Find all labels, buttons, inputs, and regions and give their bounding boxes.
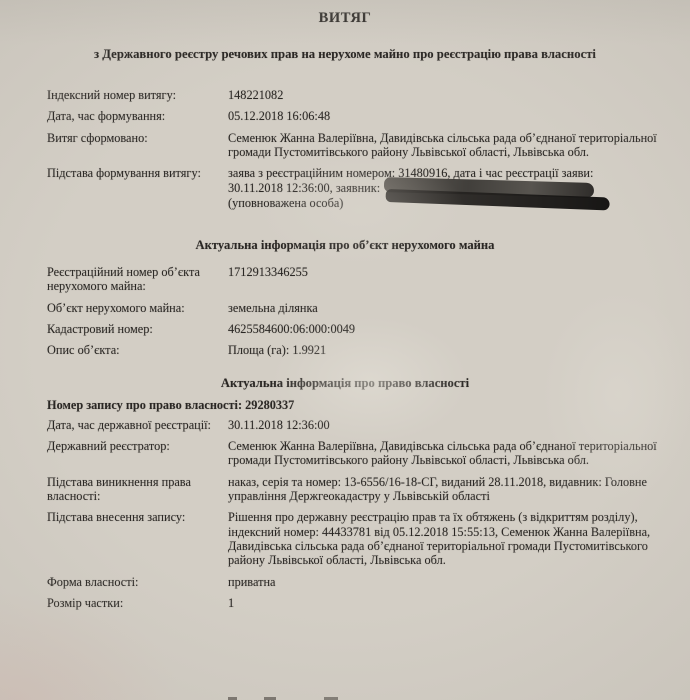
row-ownership-form: Форма власності: приватна xyxy=(0,575,690,589)
row-extract-basis: Підстава формування витягу: заява з реєс… xyxy=(0,166,690,210)
ownership-info-rows: Дата, час державної реєстрації: 30.11.20… xyxy=(0,418,690,610)
field-label: Об’єкт нерухомого майна: xyxy=(47,301,228,315)
field-label: Розмір частки: xyxy=(47,596,228,610)
field-label: Кадастровий номер: xyxy=(47,322,228,336)
field-value: Семенюк Жанна Валеріївна, Давидівська сі… xyxy=(228,439,666,468)
field-value: земельна ділянка xyxy=(228,301,666,315)
field-value: Рішення про державну реєстрацію прав та … xyxy=(228,510,666,567)
field-label: Державний реєстратор: xyxy=(47,439,228,468)
field-value: наказ, серія та номер: 13-6556/16-18-СГ,… xyxy=(228,475,666,504)
row-state-reg-datetime: Дата, час державної реєстрації: 30.11.20… xyxy=(0,418,690,432)
section-heading-object-info: Актуальна інформація про об’єкт нерухомо… xyxy=(0,238,690,253)
field-value: Семенюк Жанна Валеріївна, Давидівська сі… xyxy=(228,131,666,160)
field-label: Дата, час формування: xyxy=(47,109,228,123)
field-label: Витяг сформовано: xyxy=(47,131,228,160)
row-object-description: Опис об’єкта: Площа (га): 1.9921 xyxy=(0,343,690,357)
field-value: 4625584600:06:000:0049 xyxy=(228,322,666,336)
object-info-rows: Реєстраційний номер об’єкта нерухомого м… xyxy=(0,265,690,357)
field-label: Дата, час державної реєстрації: xyxy=(47,418,228,432)
row-cadastral-number: Кадастровий номер: 4625584600:06:000:004… xyxy=(0,322,690,336)
field-label: Опис об’єкта: xyxy=(47,343,228,357)
field-value: приватна xyxy=(228,575,666,589)
field-value: 1 xyxy=(228,596,666,610)
field-label: Індексний номер витягу: xyxy=(47,88,228,102)
document-title: ВИТЯГ xyxy=(0,0,690,27)
document-subtitle: з Державного реєстру речових прав на нер… xyxy=(26,47,664,62)
field-label: Підстава виникнення права власності: xyxy=(47,475,228,504)
row-index-number: Індексний номер витягу: 148221082 xyxy=(0,88,690,102)
row-extract-formed-by: Витяг сформовано: Семенюк Жанна Валеріїв… xyxy=(0,131,690,160)
field-value: 148221082 xyxy=(228,88,666,102)
field-label: Форма власності: xyxy=(47,575,228,589)
basis-value-line2: 30.11.2018 12:36:00, заявник: xyxy=(228,181,380,195)
field-label: Підстава внесення запису: xyxy=(47,510,228,567)
row-state-registrar: Державний реєстратор: Семенюк Жанна Вале… xyxy=(0,439,690,468)
row-formation-datetime: Дата, час формування: 05.12.2018 16:06:4… xyxy=(0,109,690,123)
field-value: 05.12.2018 16:06:48 xyxy=(228,109,666,123)
row-ownership-basis: Підстава виникнення права власності: нак… xyxy=(0,475,690,504)
redaction-bar xyxy=(384,178,594,199)
row-object-reg-number: Реєстраційний номер об’єкта нерухомого м… xyxy=(0,265,690,294)
field-value: 30.11.2018 12:36:00 xyxy=(228,418,666,432)
field-label: Реєстраційний номер об’єкта нерухомого м… xyxy=(47,265,228,294)
field-value: Площа (га): 1.9921 xyxy=(228,343,666,357)
row-object-type: Об’єкт нерухомого майна: земельна ділянк… xyxy=(0,301,690,315)
field-value: 1712913346255 xyxy=(228,265,666,294)
ownership-record-number: Номер запису про право власності: 292803… xyxy=(0,398,690,412)
section-heading-ownership-info: Актуальна інформація про право власності xyxy=(0,376,690,391)
intro-rows: Індексний номер витягу: 148221082 Дата, … xyxy=(0,88,690,210)
row-share-size: Розмір частки: 1 xyxy=(0,596,690,610)
field-label: Підстава формування витягу: xyxy=(47,166,228,210)
document-page: ВИТЯГ з Державного реєстру речових прав … xyxy=(0,0,690,700)
row-record-entry-basis: Підстава внесення запису: Рішення про де… xyxy=(0,510,690,567)
field-value: заява з реєстраційним номером: 31480916,… xyxy=(228,166,666,210)
